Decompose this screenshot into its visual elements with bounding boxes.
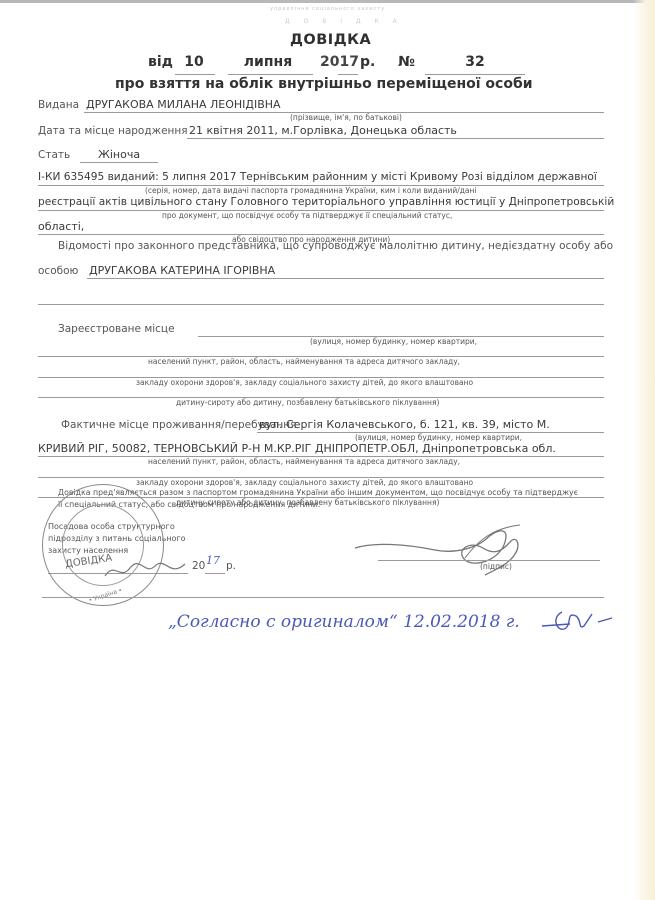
date-year-handwritten: 17 [206, 554, 220, 567]
document-info-line2: реєстрації актів цивільного стану Головн… [38, 196, 614, 208]
date-month: липня [228, 54, 308, 70]
signature-icon [345, 520, 565, 590]
certified-copy-annotation: „Согласно с оригиналом“ 12.02.2018 г. [168, 612, 520, 632]
birth-label: Дата та місце народження [38, 125, 188, 137]
registered-label: Зареєстроване місце [58, 323, 175, 335]
birth-value: 21 квітня 2011, м.Горлівка, Донецька обл… [189, 124, 457, 137]
faded-header-text: управління соціального захисту [270, 6, 385, 12]
annotation-signature-icon [540, 608, 620, 638]
document-info-line1: І-КИ 635495 виданий: 5 липня 2017 Тернів… [38, 171, 597, 183]
document-title: ДОВІДКА [290, 32, 371, 48]
representative-intro: Відомості про законного представника, що… [58, 240, 613, 252]
date-suffix: р. [226, 560, 236, 572]
representative-label: особою [38, 265, 78, 277]
registered-hint4: дитину-сироту або дитину, позбавлену бат… [176, 398, 439, 407]
registered-hint3: закладу охорони здоров'я, закладу соціал… [136, 378, 473, 387]
issued-name: ДРУГАКОВА МИЛАНА ЛЕОНІДІВНА [86, 98, 281, 111]
actual-address-line2: КРИВИЙ РІГ, 50082, ТЕРНОВСЬКИЙ Р-Н М.КР.… [38, 442, 556, 455]
actual-hint1: (вулиця, номер будинку, номер квартири, [355, 433, 522, 442]
faded-header-text-2: Д О В І Д К А [285, 18, 403, 25]
registered-hint2: населений пункт, район, область, наймену… [148, 357, 460, 366]
document-info-hint1: (серія, номер, дата видачі паспорта гром… [145, 186, 477, 195]
number-label: № [398, 54, 415, 70]
date-day: 10 [175, 54, 213, 70]
actual-hint2: населений пункт, район, область, наймену… [148, 457, 460, 466]
year-suffix: р. [360, 54, 375, 70]
date-year: 2017 [320, 54, 359, 70]
representative-name: ДРУГАКОВА КАТЕРИНА ІГОРІВНА [89, 264, 275, 277]
actual-address-line1: вул. Сергія Колачевського, б. 121, кв. 3… [259, 418, 550, 431]
scan-top-edge [0, 0, 655, 3]
actual-hint3: закладу охорони здоров'я, закладу соціал… [136, 478, 473, 487]
sex-label: Стать [38, 149, 70, 161]
document-number: 32 [425, 54, 525, 70]
registered-hint1: (вулиця, номер будинку, номер квартири, [310, 337, 477, 346]
document-info-line3: області, [38, 220, 84, 233]
document-subtitle: про взяття на облік внутрішньо переміщен… [115, 76, 533, 92]
sex-value: Жіноча [98, 148, 140, 161]
document-info-hint2: про документ, що посвідчує особу та підт… [162, 211, 452, 220]
scan-right-tint [633, 0, 655, 900]
issued-hint: (прізвище, ім'я, по батькові) [290, 113, 402, 122]
signature-hint: (підпис) [480, 562, 512, 571]
document-page: управління соціального захисту Д О В І Д… [0, 0, 655, 900]
from-label: від [148, 54, 173, 70]
stamp-handwriting-icon [100, 556, 195, 586]
issued-label: Видана [38, 99, 79, 111]
